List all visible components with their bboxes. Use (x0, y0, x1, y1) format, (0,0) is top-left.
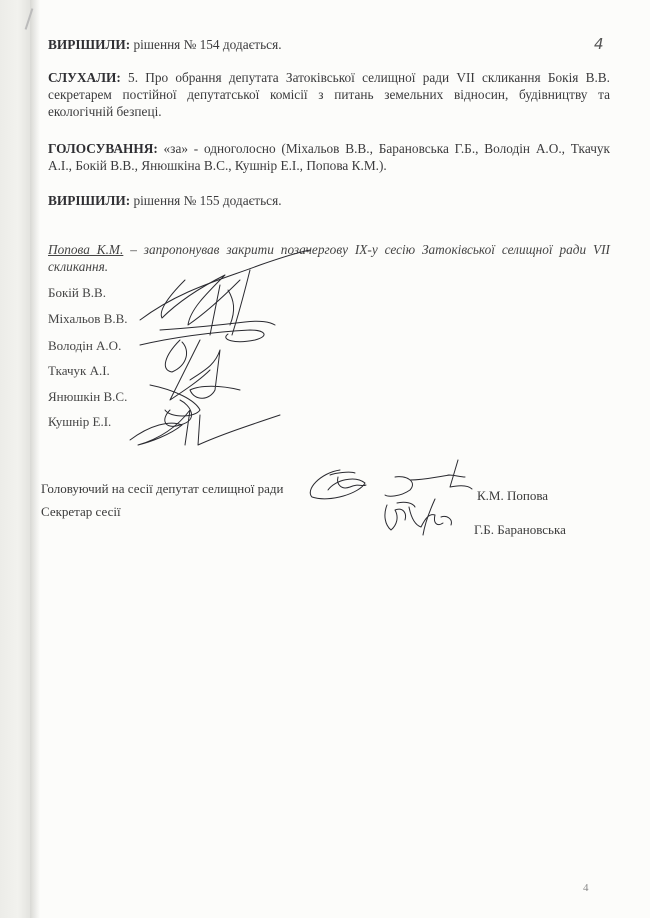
signatory-name: Ткачук А.І. (48, 363, 110, 379)
decided-text: рішення № 155 додається. (130, 193, 281, 208)
chair-role: Головуючий на сесії депутат селищної рад… (41, 481, 283, 497)
heard-label: СЛУХАЛИ: (48, 70, 121, 85)
page-number: 4 (583, 882, 589, 894)
secretary-signature (375, 495, 465, 540)
voting-result: ГОЛОСУВАННЯ: «за» - одноголосно (Міхальо… (48, 140, 610, 174)
secretary-name: Г.Б. Барановська (474, 522, 566, 538)
decided-text: рішення № 154 додається. (130, 37, 281, 52)
decided-label: ВИРІШИЛИ: (48, 193, 130, 208)
heard-text: 5. Про обрання депутата Затоківської сел… (48, 70, 610, 119)
member-signatures-scribble (110, 240, 310, 460)
heard-item-5: СЛУХАЛИ: 5. Про обрання депутата Затоків… (48, 69, 610, 120)
decided-label: ВИРІШИЛИ: (48, 37, 130, 52)
signatory-name: Бокій В.В. (48, 285, 106, 301)
document-page: 4 ВИРІШИЛИ: рішення № 154 додається. СЛУ… (0, 0, 650, 918)
chair-name: К.М. Попова (477, 488, 548, 504)
secretary-role: Секретар сесії (41, 504, 121, 520)
voting-label: ГОЛОСУВАННЯ: (48, 141, 158, 156)
decision-154: ВИРІШИЛИ: рішення № 154 додається. (48, 36, 608, 53)
decision-155: ВИРІШИЛИ: рішення № 155 додається. (48, 192, 608, 209)
signatory-name: Кушнір Е.І. (48, 414, 111, 430)
pencil-mark (25, 8, 34, 30)
